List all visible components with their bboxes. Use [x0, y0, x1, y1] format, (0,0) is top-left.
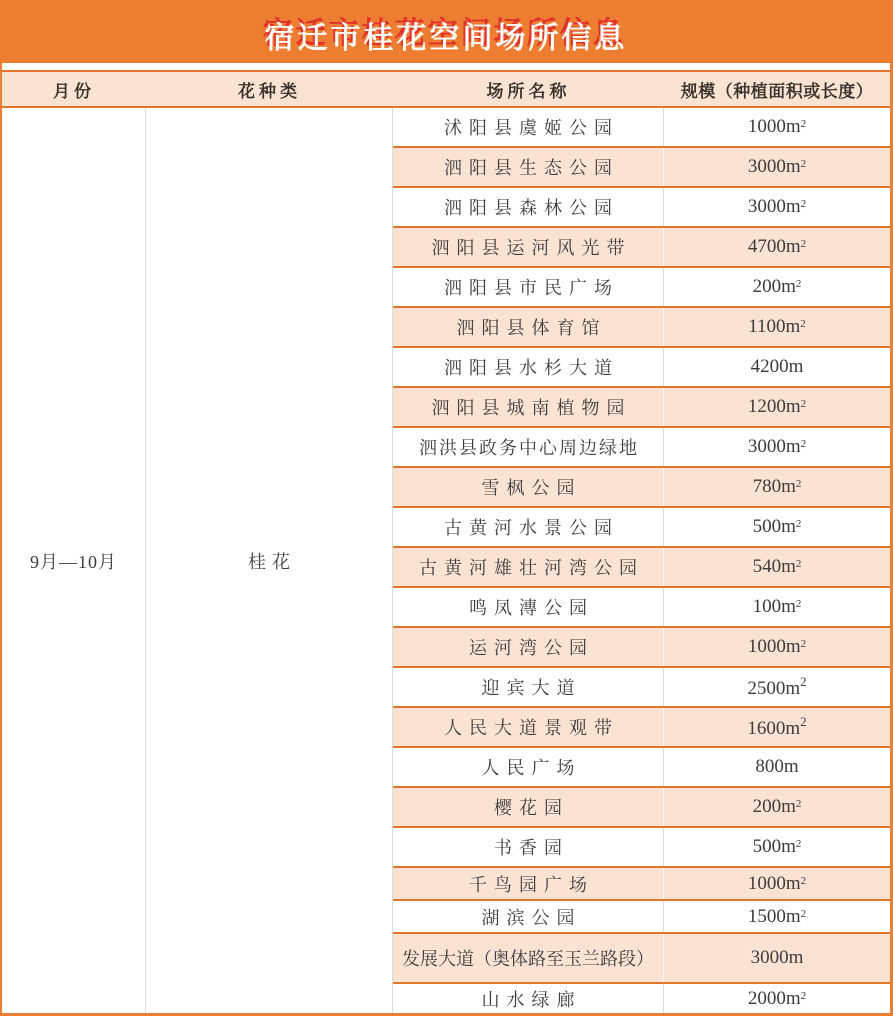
scale-cell: 2000m2	[664, 988, 890, 1010]
table-header-row: 月份 花种类 场所名称 规模（种植面积或长度）	[2, 70, 890, 108]
table-row: 人民广场800m	[393, 748, 890, 788]
table-row: 古黄河水景公园500m2	[393, 508, 890, 548]
title-band: 宿迁市桂花空间场所信息	[2, 0, 890, 63]
table-row: 山水绿廊2000m2	[393, 984, 890, 1013]
table-row: 泗阳县运河风光带4700m2	[393, 228, 890, 268]
venue-name-cell: 鸣凤漙公园	[393, 588, 664, 626]
table-row: 泗阳县城南植物园1200m2	[393, 388, 890, 428]
month-merged-cell: 9月—10月	[2, 108, 146, 1013]
venue-name-cell: 古黄河水景公园	[393, 508, 664, 546]
scale-cell: 800m	[664, 756, 890, 778]
scale-cell: 1200m2	[664, 396, 890, 418]
venue-name-cell: 人民大道景观带	[393, 708, 664, 746]
header-flower-type: 花种类	[146, 77, 393, 102]
venue-name-cell: 泗阳县生态公园	[393, 148, 664, 186]
venue-name-cell: 发展大道（奥体路至玉兰路段）	[393, 934, 664, 982]
table-row: 樱花园200m2	[393, 788, 890, 828]
venue-rows: 沭阳县虞姬公园1000m2泗阳县生态公园3000m2泗阳县森林公园3000m2泗…	[393, 108, 890, 1013]
scale-cell: 1100m2	[664, 316, 890, 338]
venue-name-cell: 书香园	[393, 828, 664, 866]
venue-name-cell: 千鸟园广场	[393, 868, 664, 899]
venue-name-cell: 泗阳县森林公园	[393, 188, 664, 226]
table-row: 泗阳县市民广场200m2	[393, 268, 890, 308]
scale-cell: 200m2	[664, 276, 890, 298]
header-month: 月份	[2, 77, 146, 102]
table-row: 泗阳县森林公园3000m2	[393, 188, 890, 228]
venue-name-cell: 泗阳县水杉大道	[393, 348, 664, 386]
title-header-gap	[2, 63, 890, 70]
flower-merged-cell: 桂花	[146, 108, 393, 1013]
table-row: 迎宾大道2500m2	[393, 668, 890, 708]
scale-cell: 1000m2	[664, 636, 890, 658]
scale-cell: 1000m2	[664, 116, 890, 138]
scale-cell: 1000m2	[664, 873, 890, 895]
table-row: 鸣凤漙公园100m2	[393, 588, 890, 628]
scale-cell: 1600m2	[664, 714, 890, 740]
venue-name-cell: 雪枫公园	[393, 468, 664, 506]
venue-name-cell: 古黄河雄壮河湾公园	[393, 548, 664, 586]
scale-cell: 540m2	[664, 556, 890, 578]
venue-name-cell: 沭阳县虞姬公园	[393, 108, 664, 146]
venue-name-cell: 泗阳县运河风光带	[393, 228, 664, 266]
osmanthus-venues-table: 宿迁市桂花空间场所信息 月份 花种类 场所名称 规模（种植面积或长度） 9月—1…	[0, 0, 893, 1016]
venue-name-cell: 泗阳县体育馆	[393, 308, 664, 346]
scale-cell: 3000m2	[664, 196, 890, 218]
venue-name-cell: 人民广场	[393, 748, 664, 786]
table-row: 泗阳县生态公园3000m2	[393, 148, 890, 188]
venue-name-cell: 泗阳县城南植物园	[393, 388, 664, 426]
scale-cell: 500m2	[664, 516, 890, 538]
scale-cell: 3000m	[664, 947, 890, 969]
table-row: 书香园500m2	[393, 828, 890, 868]
table-row: 运河湾公园1000m2	[393, 628, 890, 668]
table-row: 泗阳县体育馆1100m2	[393, 308, 890, 348]
scale-cell: 500m2	[664, 836, 890, 858]
table-row: 泗洪县政务中心周边绿地3000m2	[393, 428, 890, 468]
table-row: 古黄河雄壮河湾公园540m2	[393, 548, 890, 588]
scale-cell: 100m2	[664, 596, 890, 618]
header-scale: 规模（种植面积或长度）	[664, 77, 890, 102]
venue-name-cell: 樱花园	[393, 788, 664, 826]
table-row: 人民大道景观带1600m2	[393, 708, 890, 748]
venue-name-cell: 运河湾公园	[393, 628, 664, 666]
table-row: 湖滨公园1500m2	[393, 901, 890, 934]
scale-cell: 1500m2	[664, 906, 890, 928]
table-row: 雪枫公园780m2	[393, 468, 890, 508]
table-row: 发展大道（奥体路至玉兰路段）3000m	[393, 934, 890, 984]
table-row: 千鸟园广场1000m2	[393, 868, 890, 901]
venue-name-cell: 湖滨公园	[393, 901, 664, 932]
venue-name-cell: 迎宾大道	[393, 668, 664, 706]
table-body: 9月—10月 桂花 沭阳县虞姬公园1000m2泗阳县生态公园3000m2泗阳县森…	[2, 108, 890, 1013]
scale-cell: 3000m2	[664, 436, 890, 458]
venue-name-cell: 山水绿廊	[393, 984, 664, 1013]
scale-cell: 2500m2	[664, 674, 890, 700]
scale-cell: 4700m2	[664, 236, 890, 258]
table-row: 泗阳县水杉大道4200m	[393, 348, 890, 388]
venue-name-cell: 泗阳县市民广场	[393, 268, 664, 306]
table-row: 沭阳县虞姬公园1000m2	[393, 108, 890, 148]
header-venue-name: 场所名称	[393, 77, 664, 102]
scale-cell: 4200m	[664, 356, 890, 378]
venue-name-cell: 泗洪县政务中心周边绿地	[393, 428, 664, 466]
scale-cell: 200m2	[664, 796, 890, 818]
page-title: 宿迁市桂花空间场所信息	[265, 7, 628, 57]
scale-cell: 3000m2	[664, 156, 890, 178]
scale-cell: 780m2	[664, 476, 890, 498]
